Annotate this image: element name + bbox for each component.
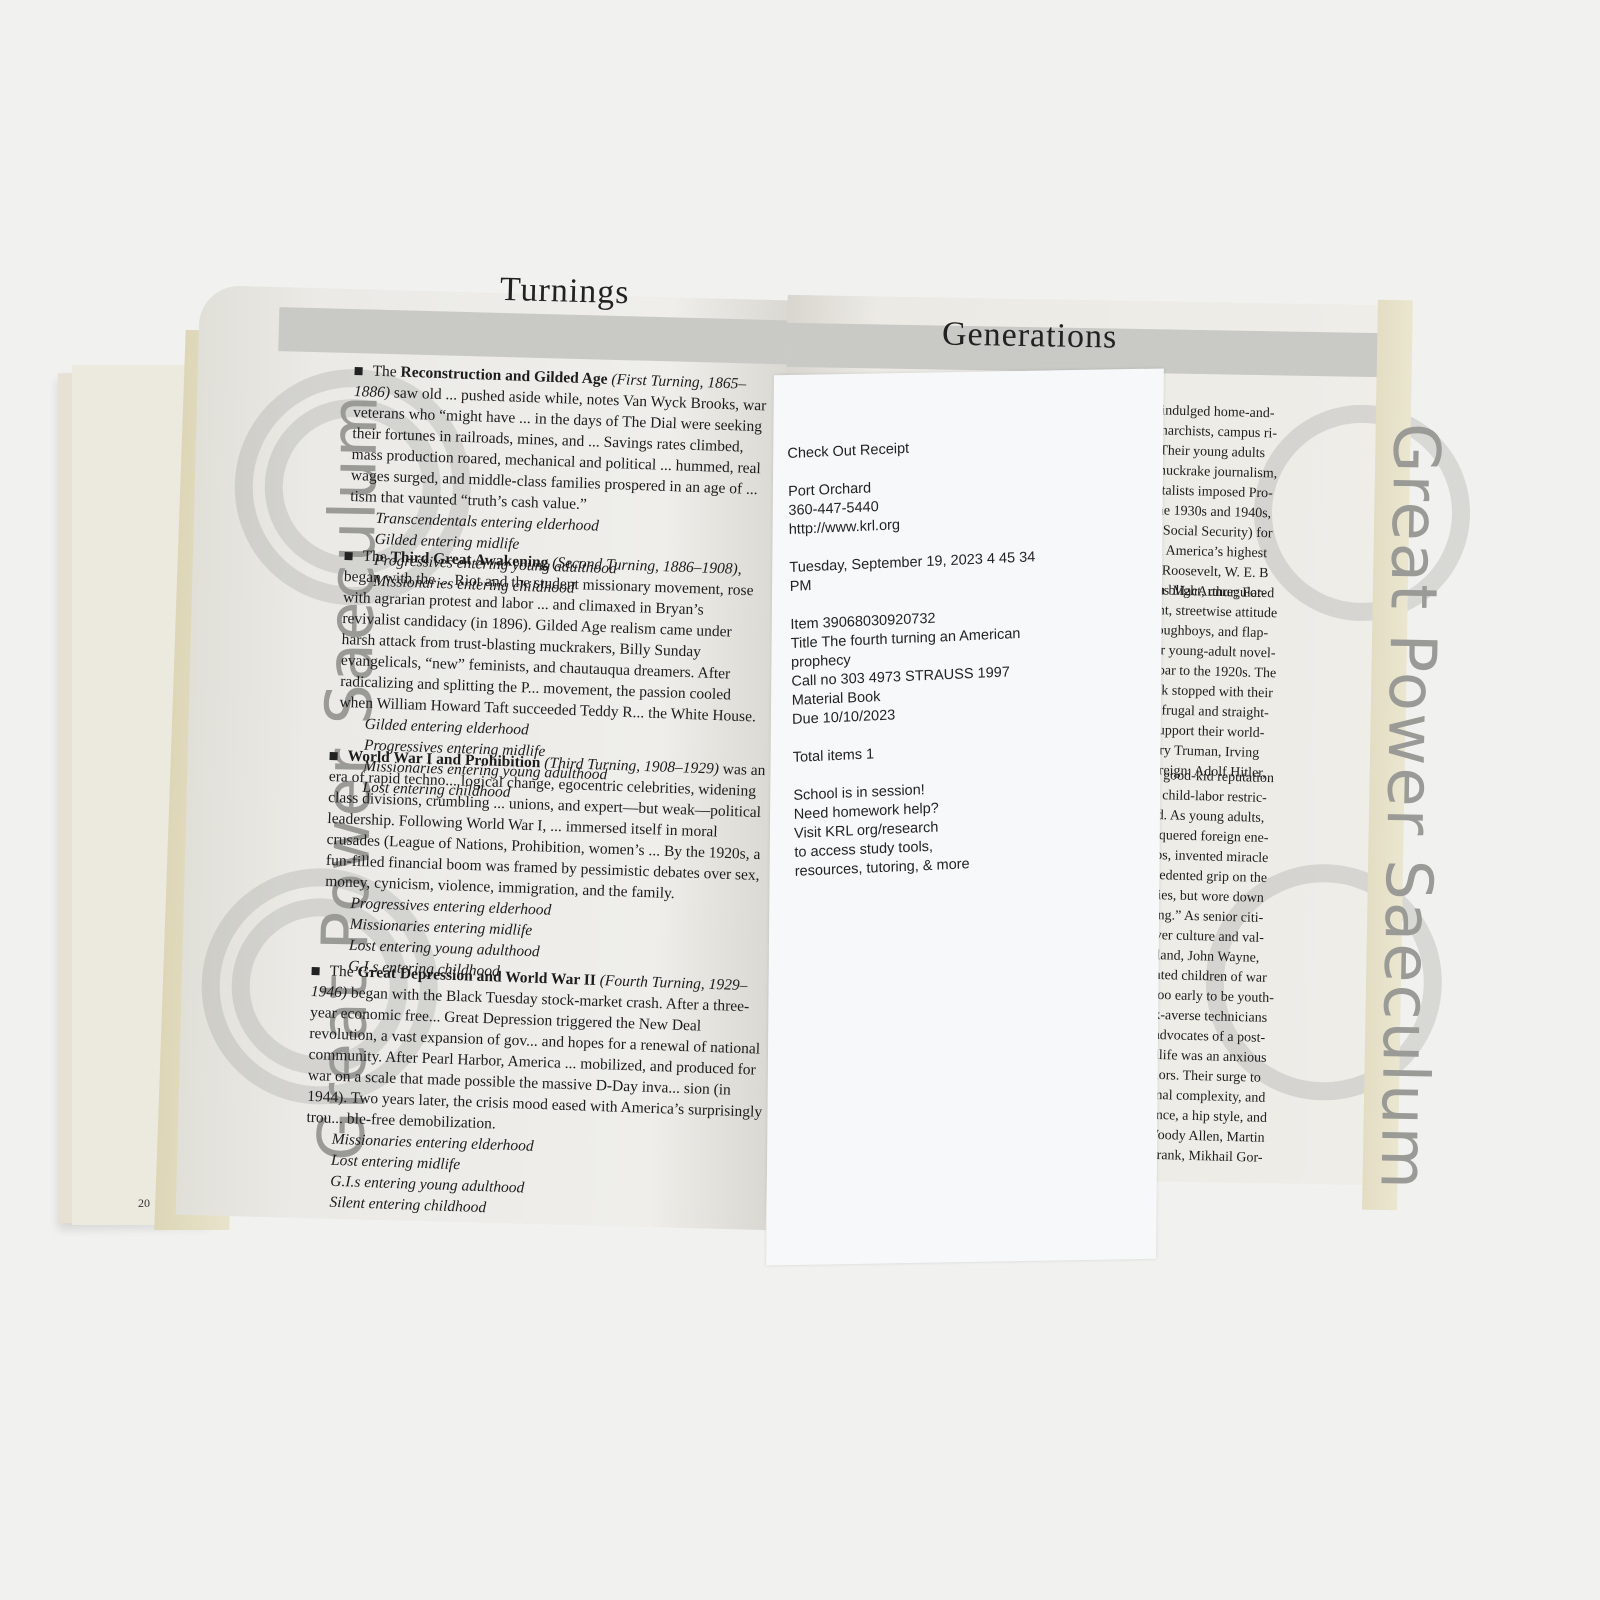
bullet-icon bbox=[311, 967, 319, 975]
entry-turning: (Third Turning, 1908–1929) bbox=[544, 754, 719, 777]
turning-entry: The Great Depression and World War II (F… bbox=[303, 960, 772, 1228]
entry-paragraph: World War I and Prohibition (Third Turni… bbox=[325, 745, 770, 907]
turning-entry: World War I and Prohibition (Third Turni… bbox=[322, 745, 770, 991]
library-receipt: Check Out Receipt Port Orchard 360-447-5… bbox=[766, 368, 1164, 1265]
page-header-generations: Generations bbox=[942, 316, 1118, 357]
sidebar-title-right: Great Power Saeculum bbox=[1365, 422, 1452, 1191]
entry-body: , began with the ... Riot and the studen… bbox=[339, 561, 756, 726]
bullet-icon bbox=[354, 367, 362, 375]
entry-heading: Reconstruction and Gilded Age bbox=[400, 364, 608, 388]
entry-heading: World War I and Prohibition bbox=[347, 748, 540, 772]
entry-heading: Third Great Awakening bbox=[390, 549, 548, 572]
entry-paragraph: The Great Depression and World War II (F… bbox=[306, 960, 772, 1144]
entry-body: was an era of rapid techno... logical ch… bbox=[325, 761, 766, 903]
bullet-icon bbox=[329, 752, 337, 760]
header-band bbox=[278, 307, 789, 364]
entry-paragraph: The Third Great Awakening (Second Turnin… bbox=[339, 545, 765, 728]
entry-paragraph: The Reconstruction and Gilded Age (First… bbox=[350, 360, 775, 522]
entry-turning: (Second Turning, 1886–1908) bbox=[552, 554, 738, 577]
entry-body: began with the Black Tuesday stock-marke… bbox=[306, 984, 762, 1132]
bullet-icon bbox=[344, 552, 352, 560]
entry-body: saw old ... pushed aside while, notes Va… bbox=[350, 384, 767, 513]
page-header-turnings: Turnings bbox=[499, 271, 630, 312]
page-number: 20 bbox=[138, 1196, 150, 1211]
